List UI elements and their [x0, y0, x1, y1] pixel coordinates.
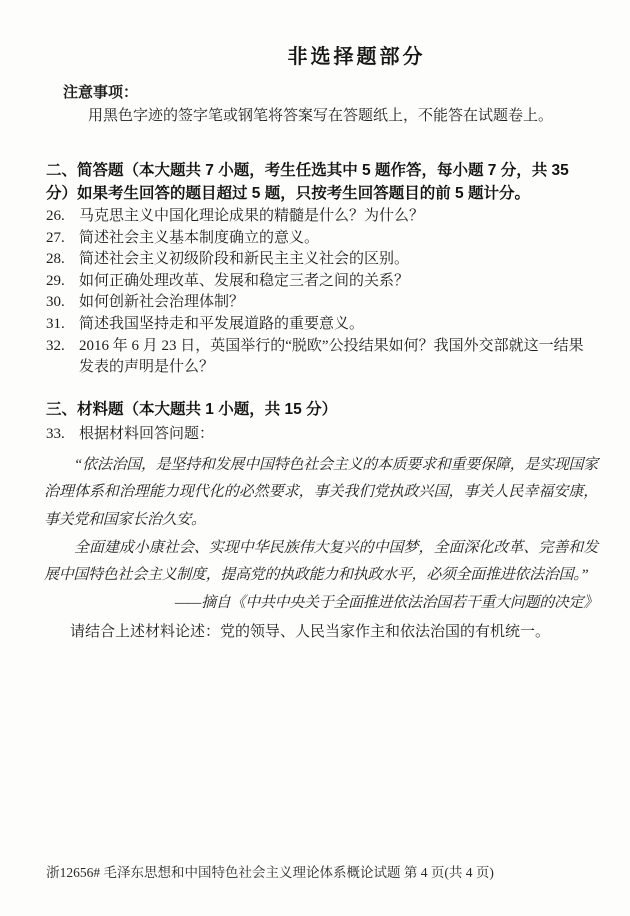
question-number: 32.: [46, 336, 79, 379]
material-paragraph: 全面建成小康社会、实现中华民族伟大复兴的中国梦，全面深化改革、完善和发展中国特色…: [44, 535, 598, 590]
question-text: 如何创新社会治理体制？: [79, 292, 595, 314]
notice-label: 注意事项：: [63, 83, 595, 103]
question-number: 28.: [46, 249, 79, 271]
material-task: 请结合上述材料论述：党的领导、人民当家作主和依法治国的有机统一。: [46, 620, 595, 644]
notice-text: 用黑色字迹的签字笔或钢笔将答案写在答题纸上，不能答在试题卷上。: [88, 106, 595, 126]
question-number: 26.: [46, 206, 79, 228]
material-quote: “依法治国，是坚持和发展中国特色社会主义的本质要求和重要保障，是实现国家治理体系…: [44, 452, 598, 618]
question-text: 简述社会主义初级阶段和新民主主义社会的区别。: [79, 249, 595, 271]
page-footer: 浙12656# 毛泽东思想和中国特色社会主义理论体系概论试题 第 4 页(共 4…: [0, 864, 585, 882]
material-attribution: ——摘自《中共中央关于全面推进依法治国若干重大问题的决定》: [44, 590, 598, 618]
question-row-31: 31. 简述我国坚持走和平发展道路的重要意义。: [46, 314, 595, 336]
page-title: 非选择题部分: [82, 44, 630, 70]
question-row-26: 26. 马克思主义中国化理论成果的精髓是什么？为什么？: [46, 206, 595, 228]
question-text: 马克思主义中国化理论成果的精髓是什么？为什么？: [79, 206, 595, 228]
question-number: 30.: [46, 292, 79, 314]
exam-page: 非选择题部分 注意事项： 用黑色字迹的签字笔或钢笔将答案写在答题纸上，不能答在试…: [0, 0, 630, 916]
question-text: 简述社会主义基本制度确立的意义。: [79, 228, 595, 250]
question-row-27: 27. 简述社会主义基本制度确立的意义。: [46, 228, 595, 250]
question-row-28: 28. 简述社会主义初级阶段和新民主主义社会的区别。: [46, 249, 595, 271]
section3-heading: 三、材料题（本大题共 1 小题，共 15 分）: [46, 398, 595, 421]
question-number: 29.: [46, 271, 79, 293]
question-text: 根据材料回答问题：: [79, 423, 595, 445]
question-row-30: 30. 如何创新社会治理体制？: [46, 292, 595, 314]
question-row-29: 29. 如何正确处理改革、发展和稳定三者之间的关系？: [46, 271, 595, 293]
question-text: 简述我国坚持走和平发展道路的重要意义。: [79, 314, 595, 336]
question-number: 31.: [46, 314, 79, 336]
question-text: 如何正确处理改革、发展和稳定三者之间的关系？: [79, 271, 595, 293]
section2-heading: 二、简答题（本大题共 7 小题，考生任选其中 5 题作答，每小题 7 分，共 3…: [46, 159, 595, 205]
question-number: 33.: [46, 423, 79, 445]
question-number: 27.: [46, 228, 79, 250]
question-list: 26. 马克思主义中国化理论成果的精髓是什么？为什么？ 27. 简述社会主义基本…: [46, 206, 595, 379]
question-row-32: 32. 2016 年 6 月 23 日，英国举行的“脱欧”公投结果如何？我国外交…: [46, 336, 595, 379]
question-text: 2016 年 6 月 23 日，英国举行的“脱欧”公投结果如何？我国外交部就这一…: [79, 336, 595, 379]
material-paragraph: “依法治国，是坚持和发展中国特色社会主义的本质要求和重要保障，是实现国家治理体系…: [44, 452, 598, 535]
question-row-33: 33. 根据材料回答问题：: [46, 423, 595, 445]
